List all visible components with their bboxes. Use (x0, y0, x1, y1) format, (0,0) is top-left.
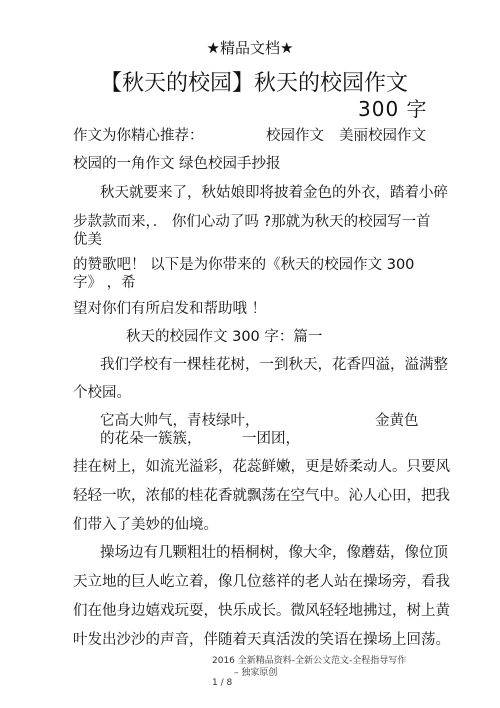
recommend-link-green-campus[interactable]: 绿色校园手抄报 (179, 152, 281, 173)
intro-line: 望对你们有所启发和帮助哦 ！ (73, 297, 266, 318)
paragraph-line: 叶发出沙沙的声音，伴随着天真活泼的笑语在操场上回荡。 (73, 628, 450, 649)
paragraph-line: 们在他身边嬉戏玩耍，快乐成长。微风轻轻地拂过，树上黄 (73, 599, 450, 620)
paragraph-line: 天立地的巨人屹立着，像几位慈祥的老人站在操场旁，看我 (73, 570, 450, 591)
intro-line: 步款款而来，． 你们心动了吗 ?那就为秋天的校园写一首 (73, 210, 431, 231)
paragraph-line: 的花朵一簇簇， (100, 427, 202, 448)
paragraph-line: 金黄色 (375, 409, 419, 430)
paragraph-line: 挂在树上，如流光溢彩，花蕊鲜嫩，更是娇柔动人。只要风 (73, 455, 450, 476)
paragraph-line: 我们学校有一棵桂花树，一到秋天，花香四溢，溢满整 (100, 353, 448, 374)
intro-line: 优美 (73, 228, 102, 249)
page-number: 1 / 8 (212, 678, 232, 688)
intro-line: 秋天就要来了，秋姑娘即将披着金色的外衣，踏着小碎 (100, 181, 448, 202)
intro-line: 字》 ，希 (73, 271, 136, 292)
paragraph-line: 一团团， (242, 427, 300, 448)
paragraph-line: 个校园。 (73, 381, 131, 402)
footer-note: – 独家原创 (234, 665, 277, 678)
document-title-suffix: 300 字 (358, 93, 428, 122)
recommend-link-campus[interactable]: 校园作文 (266, 124, 324, 145)
recommend-label: 作文为你精心推荐： (73, 124, 204, 145)
paragraph-line: 操场边有几颗粗壮的梧桐树，像大伞，像蘑菇，像位顶 (100, 541, 448, 562)
section-heading: 秋天的校园作文 300 字：篇一 (126, 325, 322, 346)
header-mark: ★精品文档★ (0, 37, 500, 58)
recommend-link-campus-corner[interactable]: 校园的一角作文 (73, 152, 175, 173)
paragraph-line: 轻轻一吹，浓郁的桂花香就飘荡在空气中。沁人心田，把我 (73, 484, 450, 505)
recommend-link-beautiful-campus[interactable]: 美丽校园作文 (339, 124, 426, 145)
paragraph-line: 们带入了美妙的仙境。 (73, 513, 218, 534)
